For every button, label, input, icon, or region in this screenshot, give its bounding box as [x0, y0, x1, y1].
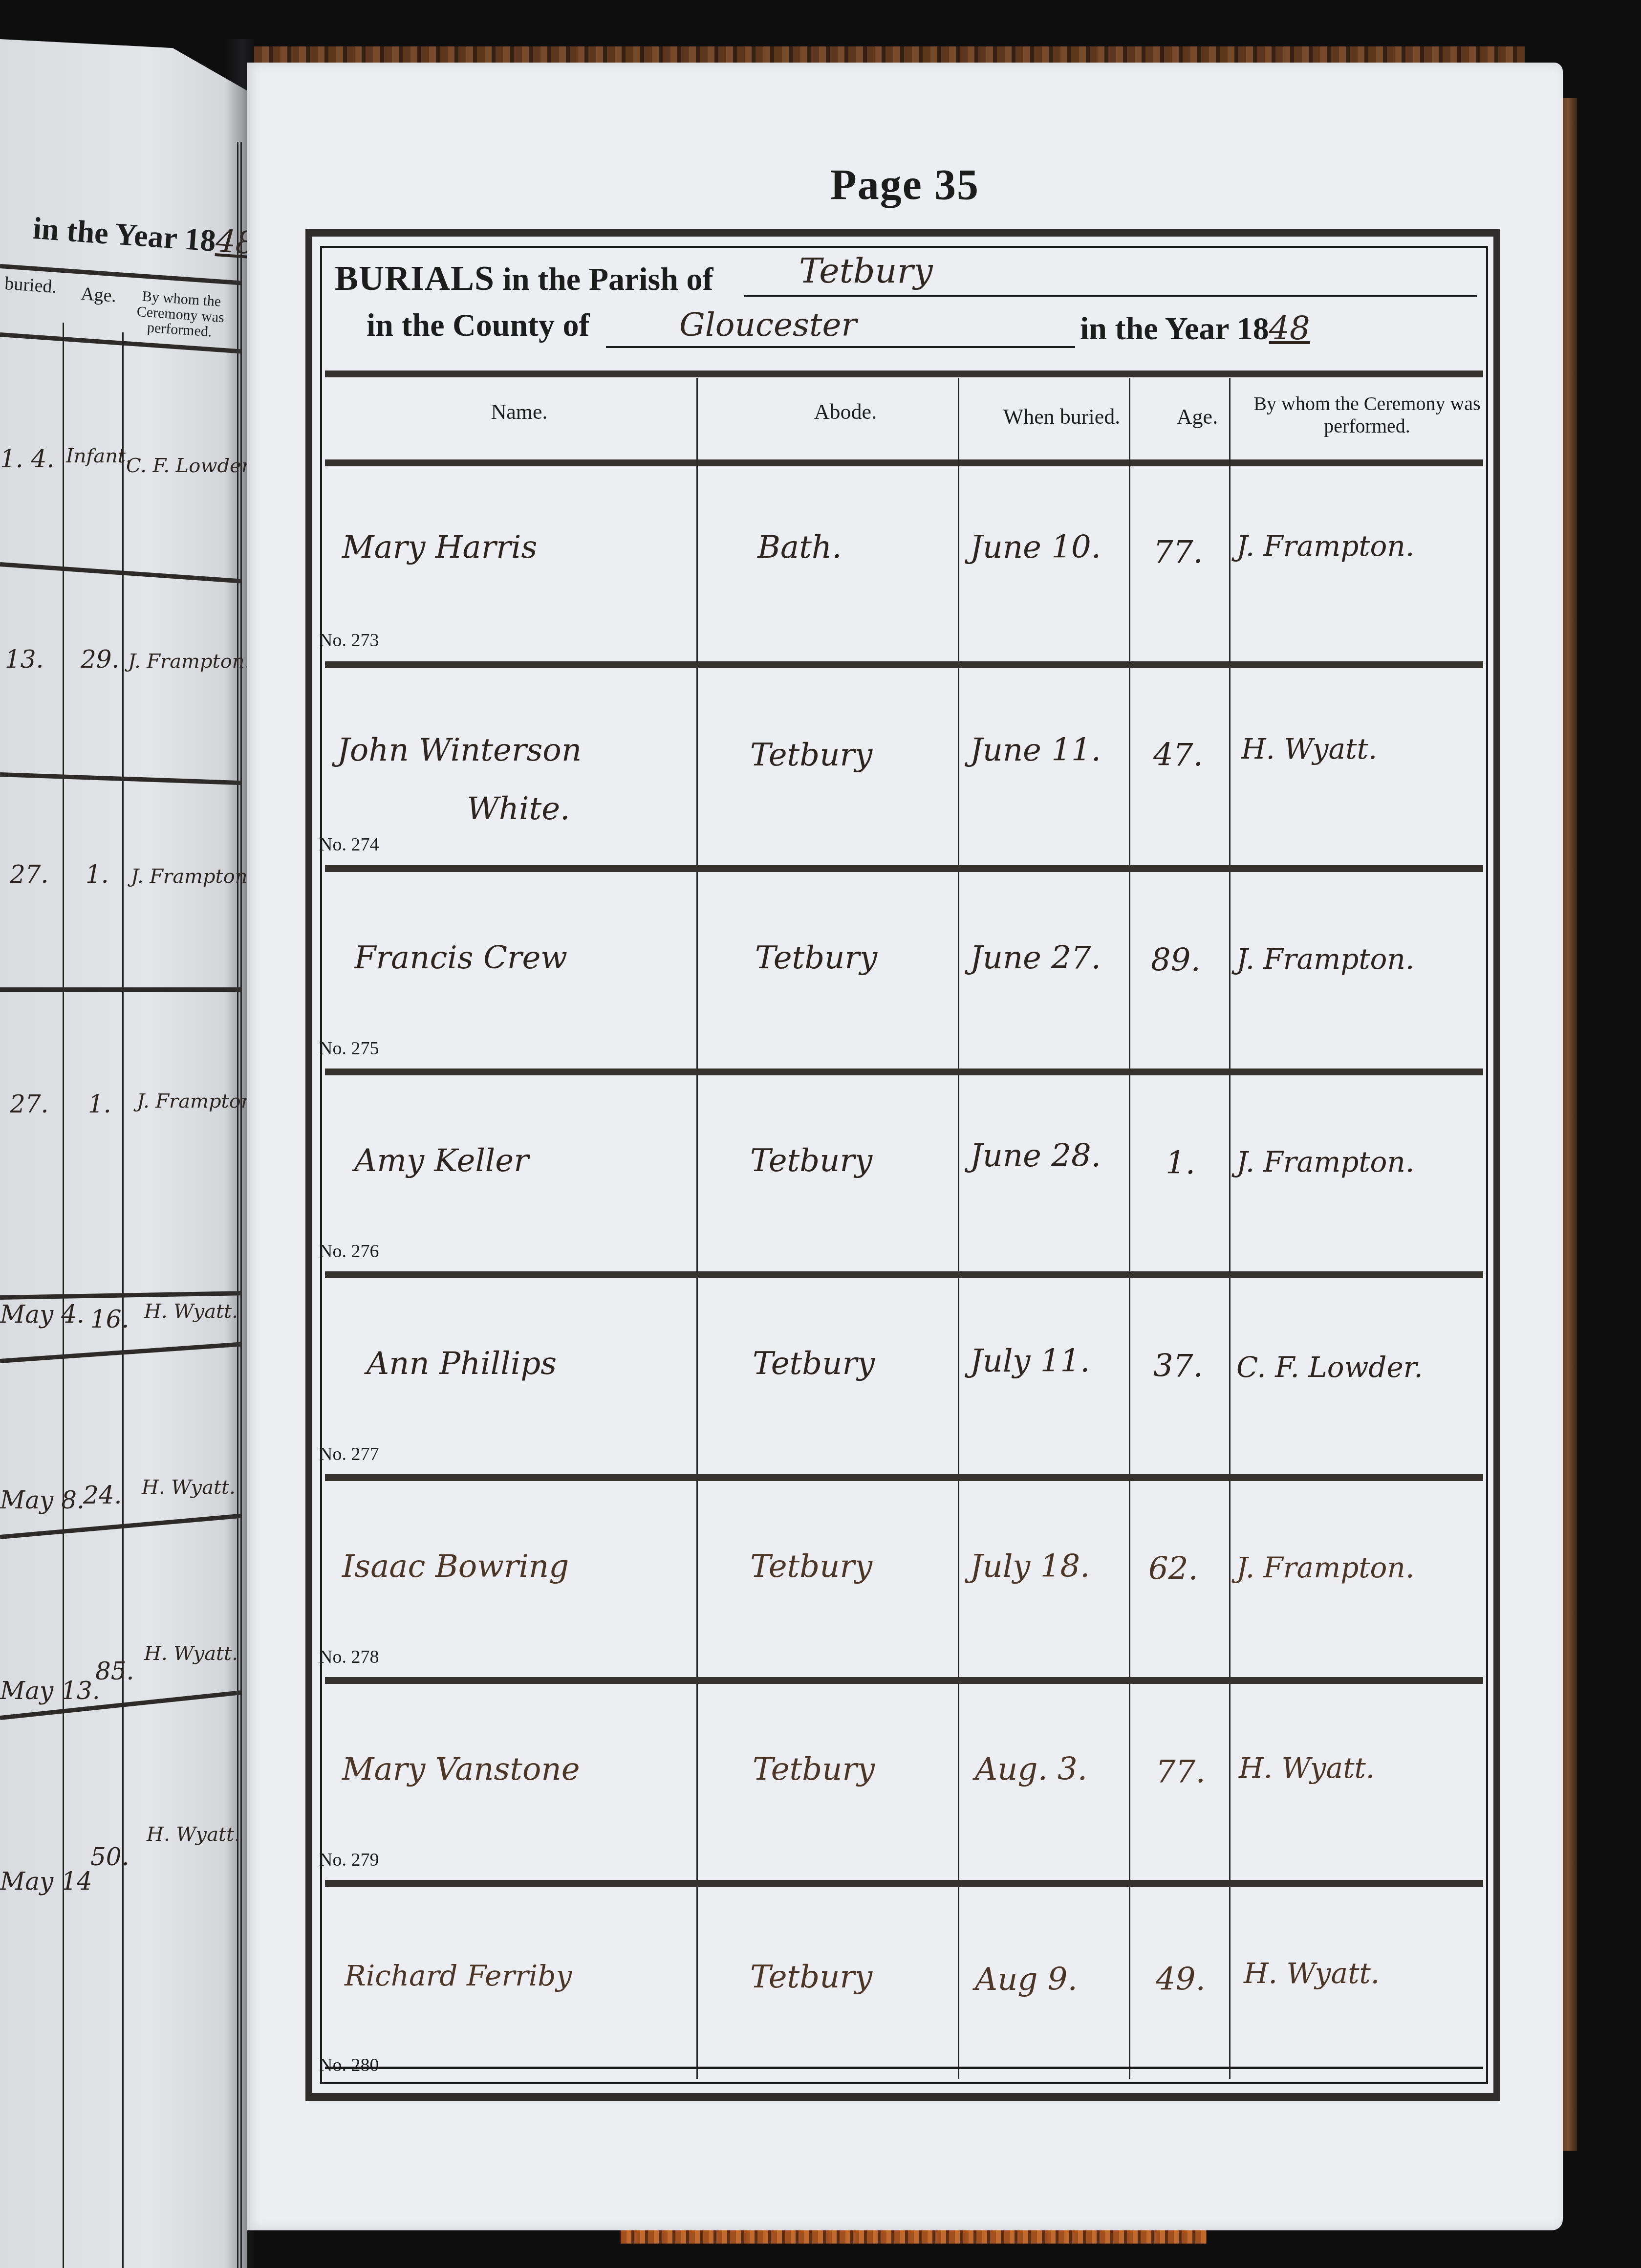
entry-name: Richard Ferriby: [345, 1959, 572, 1992]
entry-abode: Tetbury: [750, 737, 872, 773]
header-rule-bottom: [325, 459, 1483, 466]
column-header-when-buried: When buried.: [977, 405, 1146, 430]
entry-abode: Tetbury: [755, 940, 877, 976]
page-title: Page 35: [247, 160, 1563, 210]
entry-number: No. 277: [319, 1443, 379, 1465]
entry-abode: Tetbury: [753, 1751, 875, 1788]
entry-age: 1.: [1166, 1145, 1195, 1181]
book-cover-edge: [1561, 98, 1577, 2151]
entry-when-buried: June 28.: [970, 1138, 1101, 1174]
entry-officiant: H. Wyatt.: [1241, 732, 1377, 765]
entry-name: Isaac Bowring: [342, 1548, 569, 1585]
facing-col-divider: [122, 332, 124, 2268]
column-divider: [958, 378, 959, 2079]
entry-abode: Tetbury: [750, 1143, 872, 1179]
facing-rule: [0, 987, 242, 992]
entry-officiant: H. Wyatt.: [1244, 1957, 1380, 1990]
entry-when-buried: Aug. 3.: [975, 1751, 1087, 1788]
entry-age: 47.: [1153, 737, 1203, 773]
facing-date: May 13.: [0, 1677, 100, 1705]
entry-officiant: C. F. Lowder.: [1236, 1351, 1423, 1384]
row-rule: [325, 1677, 1483, 1684]
facing-age: 24.: [83, 1481, 122, 1509]
row-rule: [325, 1069, 1483, 1075]
entry-age: 37.: [1153, 1348, 1203, 1384]
entry-name: Mary Vanstone: [342, 1751, 580, 1788]
entry-number: No. 273: [319, 630, 379, 651]
entry-when-buried: Aug 9.: [975, 1962, 1078, 1998]
facing-date: 27.: [10, 1090, 49, 1118]
entry-name: Mary Harris: [342, 529, 537, 566]
entry-officiant: H. Wyatt.: [1239, 1751, 1375, 1785]
facing-date: 13.: [5, 645, 44, 674]
burials-label: BURIALS: [335, 259, 495, 298]
facing-date: 27.: [10, 860, 49, 889]
entry-when-buried: June 10.: [970, 529, 1101, 566]
facing-date: May 14: [0, 1867, 92, 1896]
facing-age: 1.: [86, 860, 109, 889]
parish-value: Tetbury: [799, 251, 933, 291]
entry-when-buried: July 11.: [970, 1343, 1090, 1379]
entry-age: 77.: [1153, 534, 1203, 570]
entry-number: No. 275: [319, 1038, 379, 1059]
entry-age: 49.: [1156, 1962, 1206, 1998]
column-divider: [1129, 378, 1130, 2079]
entry-age: 62.: [1148, 1551, 1198, 1587]
entry-name: Ann Phillips: [367, 1346, 557, 1382]
column-divider: [1229, 378, 1231, 2079]
entry-officiant: J. Frampton.: [1236, 942, 1414, 976]
entry-name: Francis Crew: [354, 940, 567, 976]
entry-number: No. 276: [319, 1241, 379, 1262]
facing-age: 16.: [90, 1305, 130, 1333]
column-header-officiant: By whom the Ceremony was performed.: [1251, 393, 1483, 437]
facing-age: 50.: [90, 1843, 130, 1871]
facing-col-age: Age.: [71, 283, 126, 306]
entry-number: No. 280: [319, 2054, 379, 2076]
entry-number: No. 278: [319, 1646, 379, 1668]
footer-rule-thin: [325, 2067, 1483, 2069]
facing-officiant: H. Wyatt.: [142, 1476, 236, 1499]
facing-age: Infant.: [66, 445, 132, 467]
entry-name: John Winterson: [337, 732, 582, 768]
column-divider: [696, 378, 698, 2079]
county-fill-line: [606, 346, 1075, 348]
entry-officiant: J. Frampton.: [1236, 529, 1414, 563]
facing-page: in the Year 1848 buried. Age. By whom th…: [0, 39, 247, 2268]
register-heading-parish: BURIALS in the Parish of: [335, 258, 713, 299]
column-header-name: Name.: [325, 400, 713, 425]
row-rule: [325, 661, 1483, 668]
entry-age: 89.: [1151, 942, 1201, 979]
row-rule: [325, 1271, 1483, 1278]
facing-officiant: H. Wyatt.: [144, 1300, 238, 1323]
facing-age: 1.: [88, 1090, 111, 1118]
register-page: Page 35 BURIALS in the Parish of Tetbury…: [247, 63, 1563, 2230]
facing-date: 1. 4.: [0, 445, 54, 473]
column-header-age: Age.: [1148, 405, 1246, 430]
facing-col-buried: buried.: [0, 274, 63, 298]
register-heading-county: in the County of: [367, 307, 590, 344]
entry-officiant: J. Frampton.: [1236, 1145, 1414, 1178]
entry-abode: Bath.: [757, 529, 842, 566]
entry-number: No. 274: [319, 834, 379, 855]
entry-abode: Tetbury: [750, 1959, 872, 1995]
entry-age: 77.: [1156, 1754, 1206, 1790]
facing-age: 29.: [81, 645, 120, 674]
entry-when-buried: July 18.: [970, 1548, 1090, 1585]
row-rule: [325, 1474, 1483, 1481]
entry-name-line2: White.: [467, 791, 570, 827]
row-rule: [325, 865, 1483, 872]
row-rule: [325, 1880, 1483, 1887]
register-heading-year: in the Year 1848: [1080, 309, 1310, 348]
facing-officiant: H. Wyatt.: [144, 1642, 238, 1665]
column-header-abode: Abode.: [716, 400, 975, 425]
facing-age: 85.: [95, 1657, 134, 1685]
header-rule-top: [325, 371, 1483, 377]
entry-when-buried: June 11.: [970, 732, 1101, 768]
parish-fill-line: [744, 295, 1477, 297]
facing-date: May 4.: [0, 1300, 85, 1329]
entry-officiant: J. Frampton.: [1236, 1551, 1414, 1584]
county-value: Gloucester: [679, 306, 857, 344]
facing-col-officiant: By whom the Ceremony was performed.: [125, 287, 236, 341]
entry-abode: Tetbury: [750, 1548, 872, 1585]
facing-date: May 8.: [0, 1486, 85, 1514]
entry-when-buried: June 27.: [970, 940, 1101, 976]
year-value: 48: [1269, 309, 1310, 347]
entry-abode: Tetbury: [753, 1346, 875, 1382]
entry-name: Amy Keller: [354, 1143, 529, 1179]
entry-number: No. 279: [319, 1849, 379, 1871]
